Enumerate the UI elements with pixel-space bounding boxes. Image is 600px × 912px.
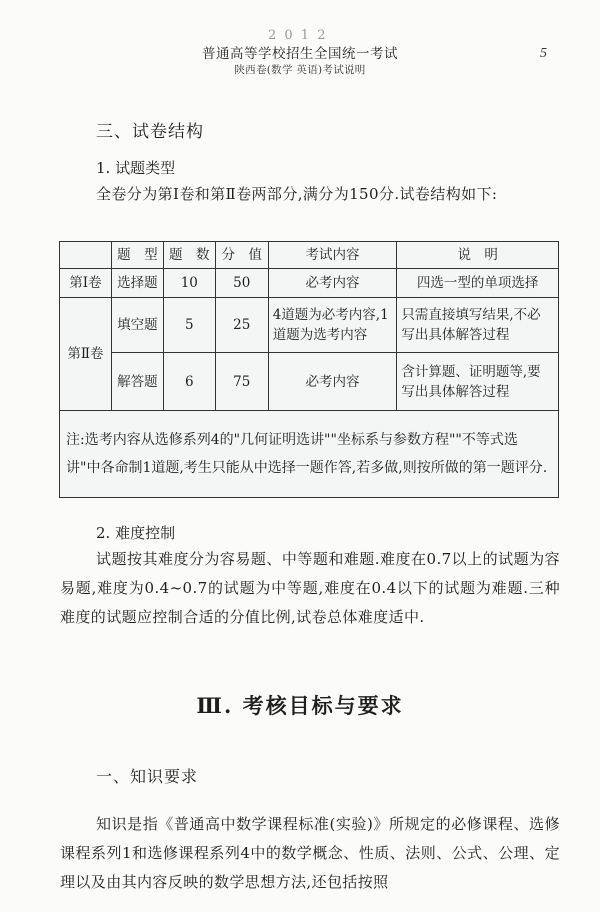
- cell-count: 10: [163, 269, 215, 298]
- cell-score: 50: [215, 269, 268, 298]
- table-header-row: 题 型 题 数 分 值 考试内容 说 明: [60, 242, 559, 269]
- header-cell-volume: [60, 242, 112, 269]
- chapter-heading-assessment-goals: Ⅲ. 考核目标与要求: [0, 690, 600, 720]
- cell-count: 5: [163, 298, 215, 353]
- cell-score: 75: [215, 353, 268, 411]
- cell-note: 含计算题、证明题等,要写出具体解答过程: [397, 353, 559, 411]
- header-cell-type: 题 型: [111, 242, 163, 269]
- cell-type: 选择题: [111, 269, 163, 298]
- running-header-title: 普通高等学校招生全国统一考试: [0, 42, 600, 62]
- header-cell-content: 考试内容: [268, 242, 397, 269]
- table-row: 第Ⅱ卷 填空题 5 25 4道题为必考内容,1道题为选考内容 只需直接填写结果,…: [60, 298, 559, 353]
- cell-type: 解答题: [111, 353, 163, 411]
- header-cell-note: 说 明: [397, 242, 559, 269]
- subheading-question-types: 1. 试题类型: [96, 157, 175, 178]
- exam-structure-table: 题 型 题 数 分 值 考试内容 说 明 第Ⅰ卷 选择题 10 50 必考内容 …: [59, 241, 559, 498]
- table-row: 解答题 6 75 必考内容 含计算题、证明题等,要写出具体解答过程: [60, 353, 559, 411]
- table-footnote-row: 注:选考内容从选修系列4的"几何证明选讲""坐标系与参数方程""不等式选讲"中各…: [60, 411, 559, 498]
- header-cell-score: 分 值: [215, 242, 268, 269]
- cell-note: 只需直接填写结果,不必写出具体解答过程: [397, 298, 559, 353]
- page-number: 5: [540, 46, 547, 62]
- cell-volume: 第Ⅰ卷: [60, 269, 112, 298]
- table-footnote: 注:选考内容从选修系列4的"几何证明选讲""坐标系与参数方程""不等式选讲"中各…: [60, 411, 559, 498]
- header-cell-count: 题 数: [163, 242, 215, 269]
- cell-content: 4道题为必考内容,1道题为选考内容: [268, 298, 397, 353]
- cell-score: 25: [215, 298, 268, 353]
- decorative-mark: 2 0 1 2: [268, 28, 327, 43]
- paragraph-paper-overview: 全卷分为第Ⅰ卷和第Ⅱ卷两部分,满分为150分.试卷结构如下:: [60, 180, 560, 209]
- paragraph-difficulty: 试题按其难度分为容易题、中等题和难题.难度在0.7以上的试题为容易题,难度为0.…: [60, 545, 560, 632]
- cell-count: 6: [163, 353, 215, 411]
- cell-type: 填空题: [111, 298, 163, 353]
- cell-note: 四选一型的单项选择: [397, 269, 559, 298]
- running-header-subtitle: 陕西卷(数学 英语)考试说明: [0, 62, 600, 77]
- cell-content: 必考内容: [268, 353, 397, 411]
- subheading-difficulty-control: 2. 难度控制: [96, 522, 175, 543]
- subheading-knowledge-requirements: 一、知识要求: [96, 764, 198, 787]
- cell-volume: 第Ⅱ卷: [60, 298, 112, 411]
- paragraph-knowledge: 知识是指《普通高中数学课程标准(实验)》所规定的必修课程、选修课程系列1和选修课…: [60, 810, 560, 897]
- table-row: 第Ⅰ卷 选择题 10 50 必考内容 四选一型的单项选择: [60, 269, 559, 298]
- cell-content: 必考内容: [268, 269, 397, 298]
- section-heading-paper-structure: 三、试卷结构: [96, 117, 204, 142]
